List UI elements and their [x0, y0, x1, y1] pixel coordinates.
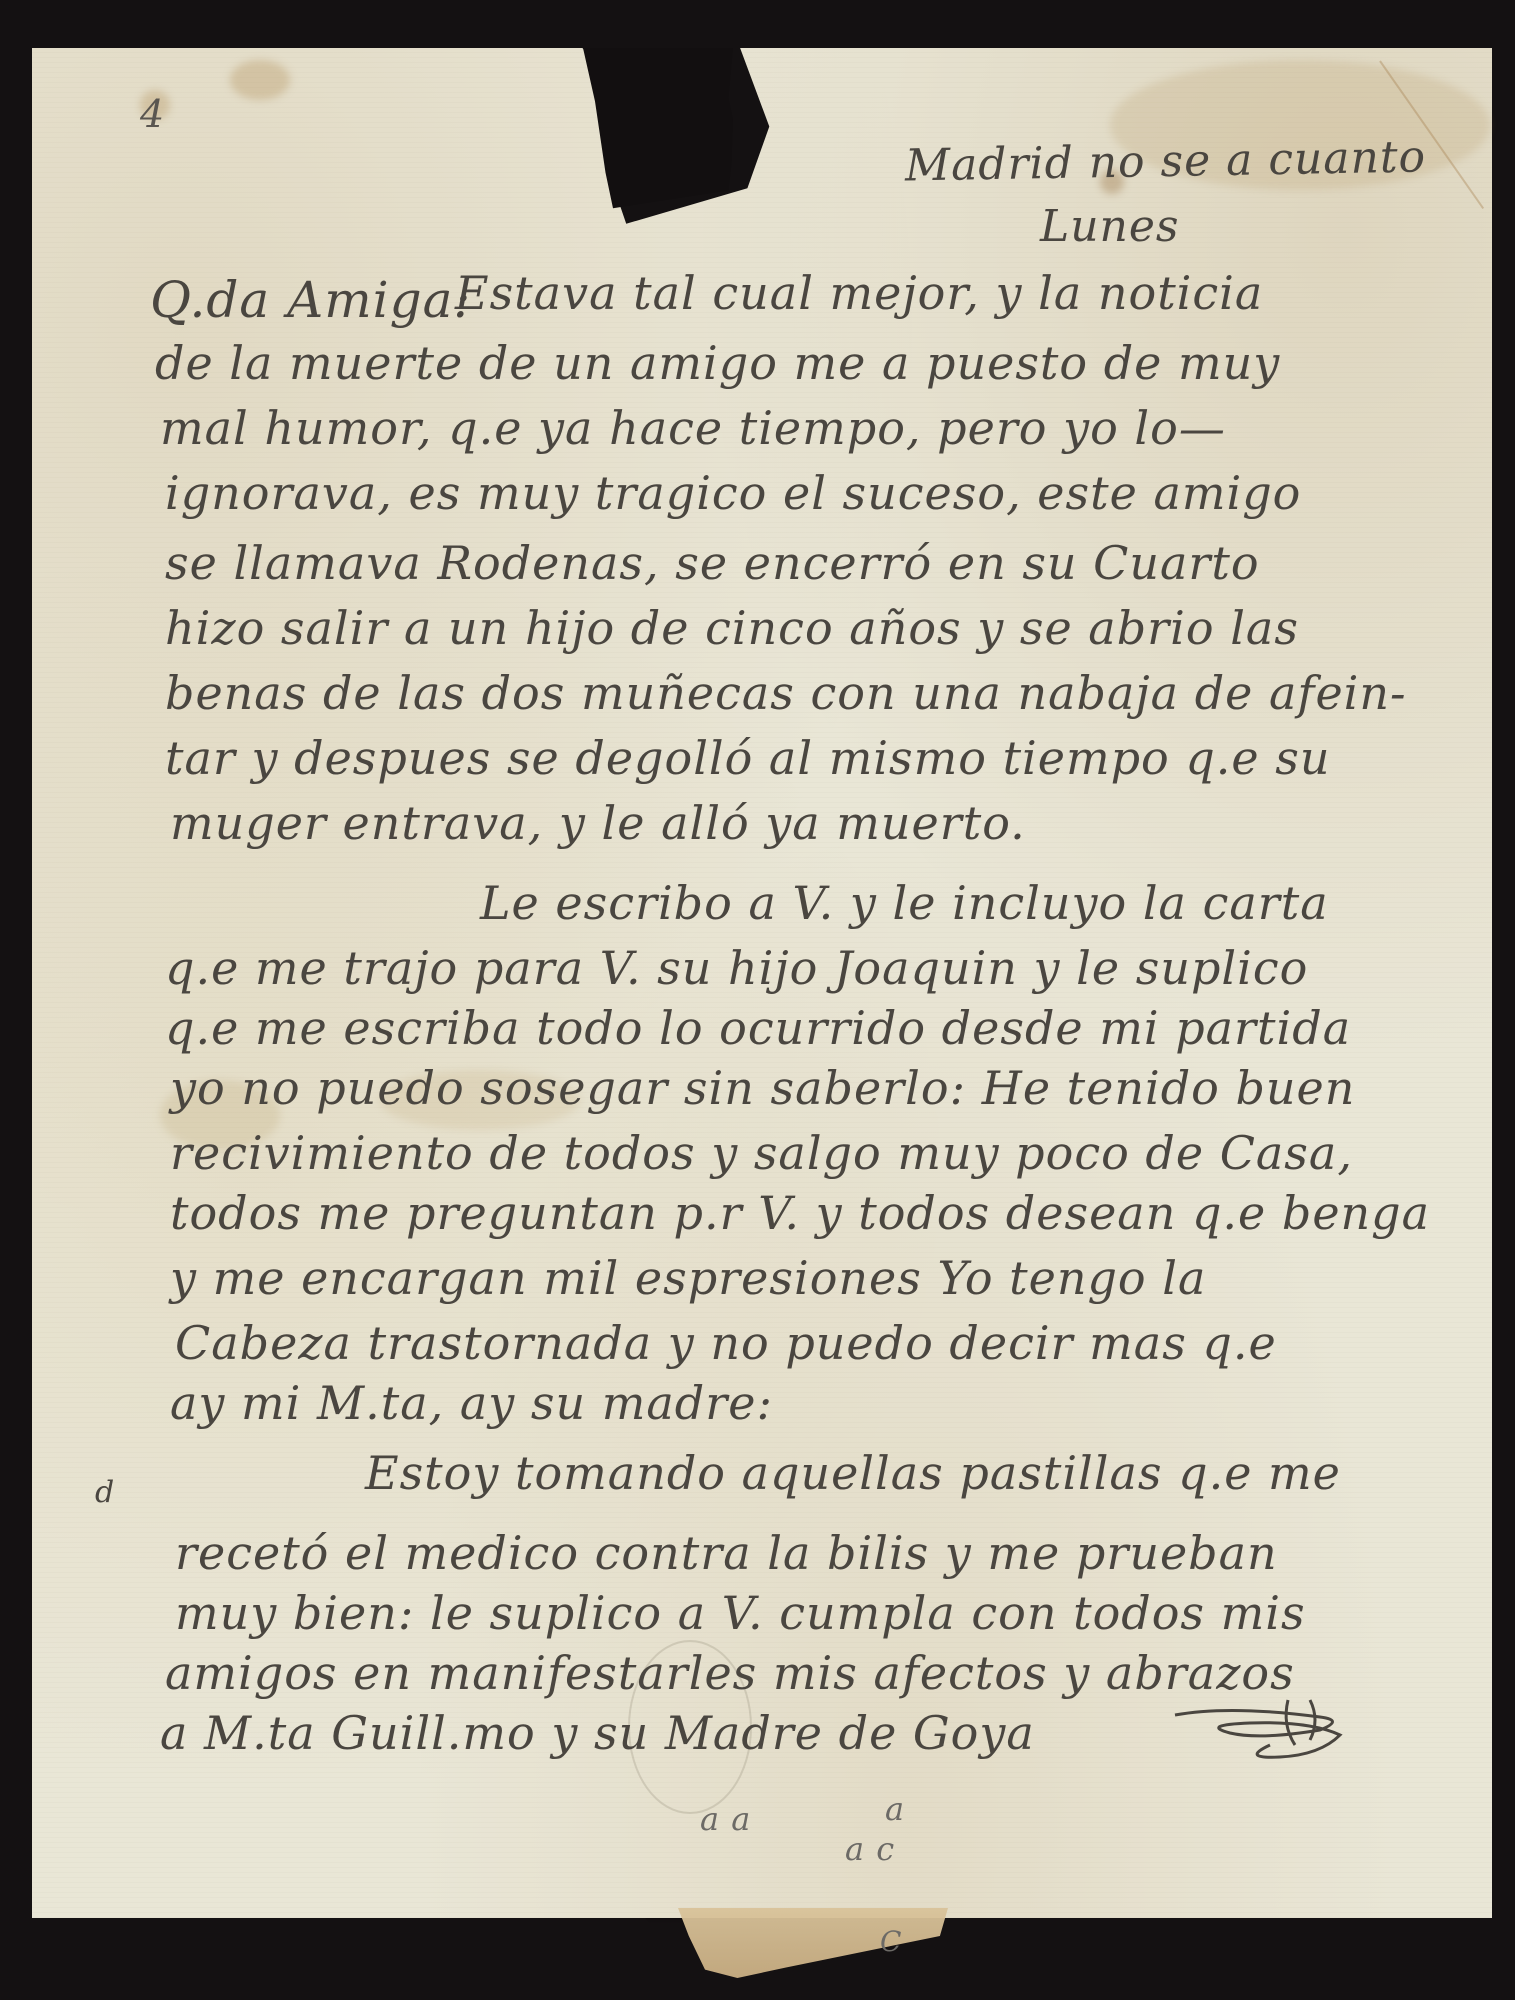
body-line: mal humor, q.e ya hace tiempo, pero yo l… — [160, 405, 1226, 451]
paragraph3-line: muy bien: le suplico a V. cumpla con tod… — [175, 1590, 1306, 1636]
day: Lunes — [1040, 205, 1180, 249]
stain — [230, 60, 290, 100]
pencil-mark: a — [885, 1790, 905, 1828]
paragraph2-line: q.e me escriba todo lo ocurrido desde mi… — [165, 1005, 1351, 1051]
salutation: Q.da Amiga: — [150, 275, 471, 325]
paragraph2-line: Cabeza trastornada y no puedo decir mas … — [175, 1320, 1277, 1366]
paragraph3-line: recetó el medico contra la bilis y me pr… — [175, 1530, 1278, 1576]
paragraph2-line: y me encargan mil espresiones Yo tengo l… — [170, 1255, 1206, 1301]
body-line: benas de las dos muñecas con una nabaja … — [165, 670, 1407, 716]
body-line: hizo salir a un hijo de cinco años y se … — [165, 605, 1299, 651]
tab-mark: C — [880, 1925, 902, 1958]
paper-tab — [678, 1908, 948, 1978]
body-line: Estava tal cual mejor, y la noticia — [455, 270, 1263, 316]
margin-note: d — [95, 1475, 115, 1510]
paragraph3-line: amigos en manifestarles mis afectos y ab… — [165, 1650, 1295, 1696]
body-line: ignorava, es muy tragico el suceso, este… — [165, 470, 1301, 516]
paragraph2-line: Le escribo a V. y le incluyo la carta — [480, 880, 1329, 926]
paragraph2-line: ay mi M.ta, ay su madre: — [170, 1380, 773, 1426]
paragraph2-line: recivimiento de todos y salgo muy poco d… — [170, 1130, 1353, 1176]
paragraph2-line: q.e me trajo para V. su hijo Joaquin y l… — [165, 945, 1308, 991]
signature-flourish-icon — [1170, 1695, 1350, 1765]
pencil-mark: a a — [700, 1800, 751, 1838]
body-line: tar y despues se degolló al mismo tiempo… — [165, 735, 1331, 781]
pencil-mark: a c — [845, 1830, 895, 1868]
body-line: muger entrava, y le alló ya muerto. — [170, 800, 1026, 846]
place-date: Madrid no se a cuanto — [905, 135, 1427, 188]
page-number: 4 — [140, 92, 165, 136]
paragraph2-line: todos me preguntan p.r V. y todos desean… — [170, 1190, 1430, 1236]
paragraph2-line: yo no puedo sosegar sin saberlo: He teni… — [170, 1065, 1355, 1111]
body-line: se llamava Rodenas, se encerró en su Cua… — [165, 540, 1260, 586]
body-line: de la muerte de un amigo me a puesto de … — [155, 340, 1280, 386]
paragraph3-line: a M.ta Guill.mo y su Madre de Goya — [160, 1710, 1035, 1756]
paragraph3-line: Estoy tomando aquellas pastillas q.e me — [365, 1450, 1341, 1496]
